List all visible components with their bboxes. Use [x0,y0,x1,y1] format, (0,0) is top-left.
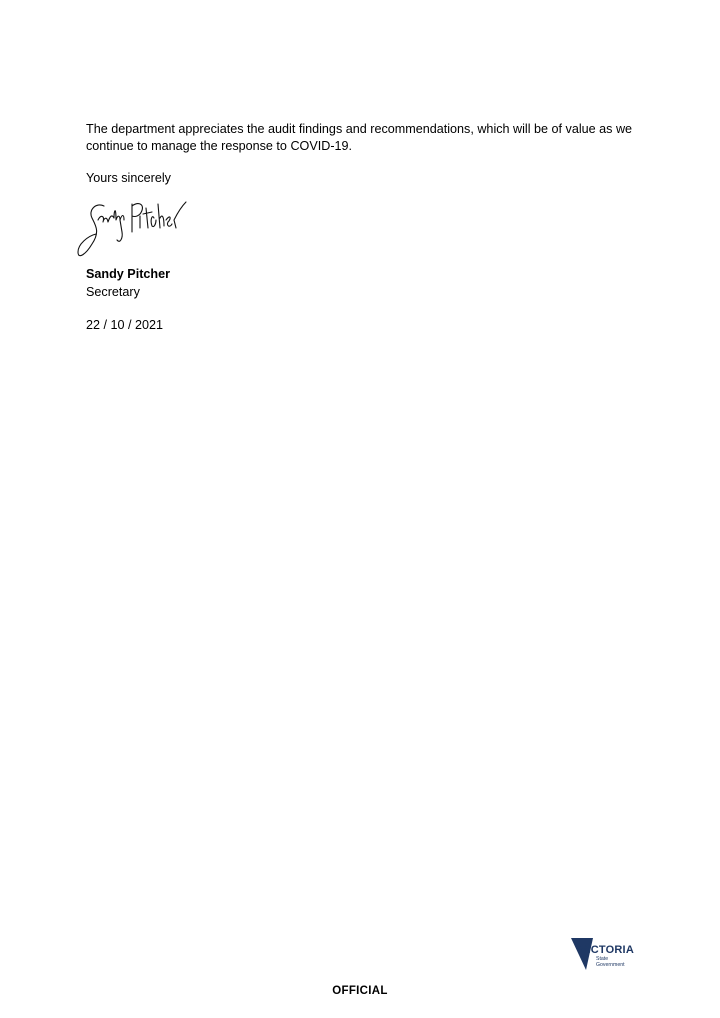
letter-date: 22 / 10 / 2021 [86,317,163,334]
closing-salutation: Yours sincerely [86,170,171,187]
signature-image [74,198,194,264]
signatory-name: Sandy Pitcher [86,266,170,283]
logo-line2: Government [596,962,625,968]
logo-word: VICTORIA [580,944,634,956]
victoria-state-government-logo: VICTORIA State Government [571,936,637,972]
body-paragraph: The department appreciates the audit fin… [86,121,646,155]
classification-label: OFFICIAL [0,985,720,997]
signatory-title: Secretary [86,284,140,301]
